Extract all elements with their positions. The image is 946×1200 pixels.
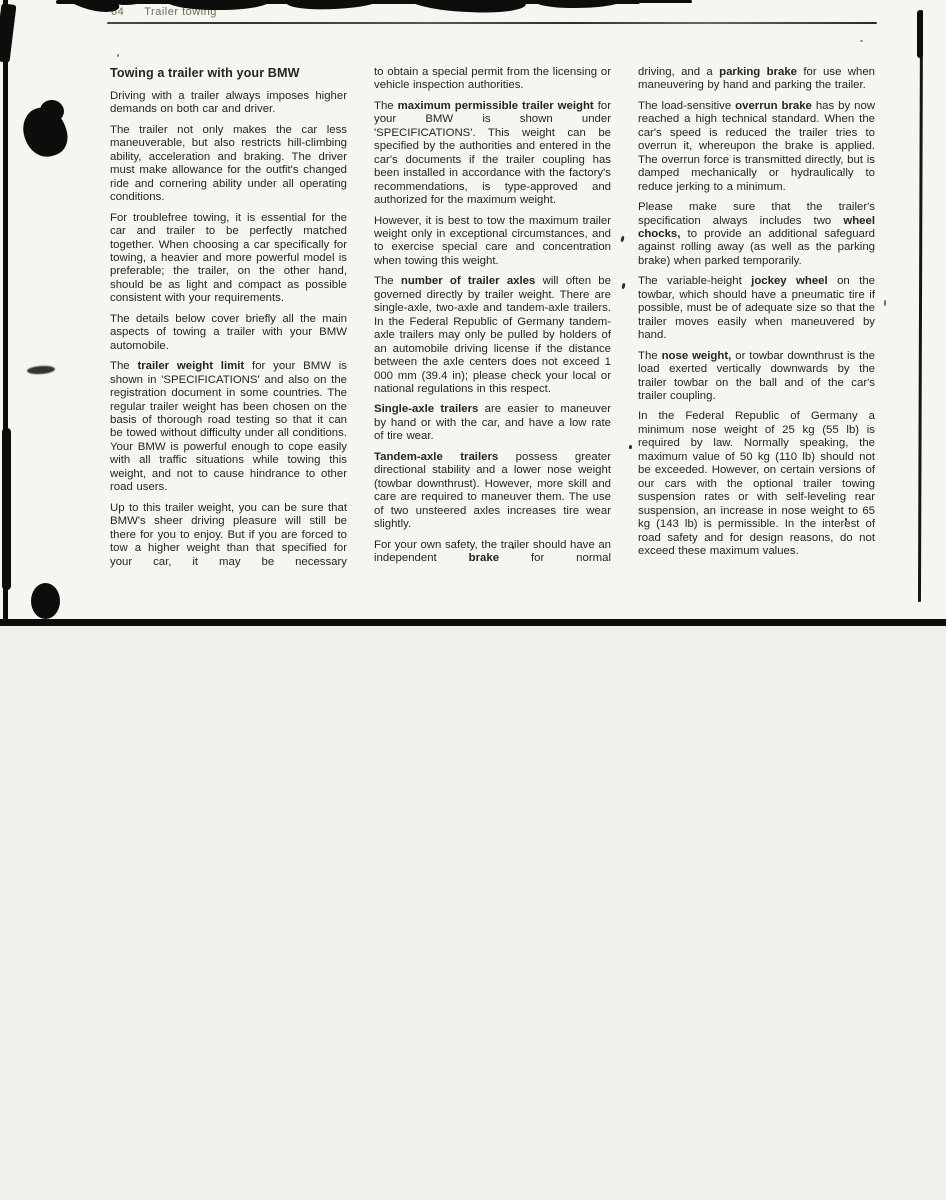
paragraph: The load-sensitive overrun brake has by … xyxy=(638,100,875,194)
ink-speck xyxy=(117,54,119,57)
scanned-manual-page: 64Trailer towing Towing a trailer with y… xyxy=(0,0,946,1200)
paper-sheet: 64Trailer towing Towing a trailer with y… xyxy=(0,0,946,621)
text-column-1: Towing a trailer with your BMWDriving wi… xyxy=(110,66,347,576)
paragraph: to obtain a special permit from the lice… xyxy=(374,66,611,93)
paragraph: The variable-height jockey wheel on the … xyxy=(638,275,875,342)
paragraph: Up to this trailer weight, you can be su… xyxy=(110,502,347,569)
paragraph: Driving with a trailer always imposes hi… xyxy=(110,90,347,117)
paragraph: The nose weight, or towbar downthrust is… xyxy=(638,350,875,404)
paragraph: Single-axle trailers are easier to maneu… xyxy=(374,403,611,443)
text-column-2: to obtain a special permit from the lice… xyxy=(374,66,611,572)
text-columns: Towing a trailer with your BMWDriving wi… xyxy=(110,66,875,576)
paragraph: Tandem-axle trailers possess greater dir… xyxy=(374,451,611,532)
left-scan-edge-line xyxy=(2,428,11,590)
text-column-3: driving, and a parking brake for use whe… xyxy=(638,66,875,565)
header-rule xyxy=(107,22,877,24)
paragraph: The details below cover briefly all the … xyxy=(110,313,347,353)
paragraph: The trailer not only makes the car less … xyxy=(110,124,347,205)
section-heading: Towing a trailer with your BMW xyxy=(110,66,347,81)
ink-speck xyxy=(860,40,863,42)
paragraph: The number of trailer axles will often b… xyxy=(374,275,611,396)
ink-smudge-artifact xyxy=(27,365,55,375)
paragraph: For your own safety, the trailer should … xyxy=(374,539,611,566)
scan-edge-strip xyxy=(618,0,692,3)
paragraph: For troublefree towing, it is essential … xyxy=(110,212,347,306)
paragraph: The maximum permissible trailer weight f… xyxy=(374,100,611,208)
scan-edge-strip xyxy=(56,0,640,4)
paragraph: In the Federal Republic of Germany a min… xyxy=(638,410,875,558)
paragraph: The trailer weight limit for your BMW is… xyxy=(110,360,347,495)
ink-speck xyxy=(512,546,514,549)
binder-hole-mark xyxy=(31,583,60,619)
ink-speck xyxy=(845,518,847,521)
paragraph: driving, and a parking brake for use whe… xyxy=(638,66,875,93)
ink-speck xyxy=(629,445,632,449)
page-bottom-scan-bar xyxy=(0,619,946,626)
paragraph: Please make sure that the trailer's spec… xyxy=(638,201,875,268)
right-scan-edge-line xyxy=(917,10,923,58)
right-scan-edge-line xyxy=(918,10,923,602)
paragraph: However, it is best to tow the maximum t… xyxy=(374,215,611,269)
ink-speck xyxy=(884,300,886,306)
